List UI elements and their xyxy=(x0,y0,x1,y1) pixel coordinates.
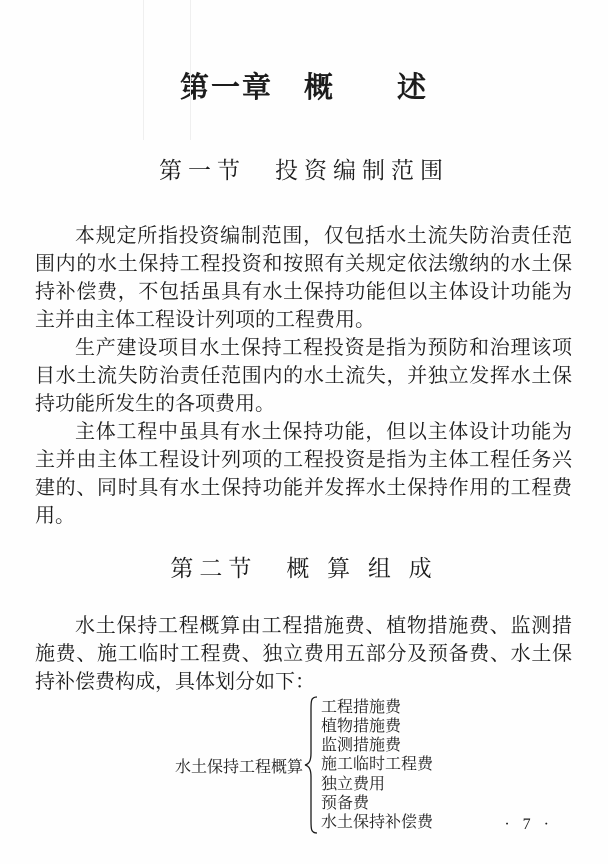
left-brace-icon xyxy=(304,695,318,835)
diagram-item: 预备费 xyxy=(321,794,433,813)
paragraph: 主体工程中虽具有水土保持功能，但以主体设计功能为主并由主体工程设计列项的工程投资… xyxy=(35,418,572,530)
section-2-body: 水土保持工程概算由工程措施费、植物措施费、监测措施费、施工临时工程费、独立费用五… xyxy=(0,612,608,696)
diagram-item: 水土保持补偿费 xyxy=(321,813,433,832)
paragraph: 水土保持工程概算由工程措施费、植物措施费、监测措施费、施工临时工程费、独立费用五… xyxy=(35,612,572,696)
diagram-item: 工程措施费 xyxy=(321,698,433,717)
chapter-title: 第一章 概 述 xyxy=(0,0,608,106)
diagram-item: 施工临时工程费 xyxy=(321,755,433,774)
diagram-item: 植物措施费 xyxy=(321,717,433,736)
diagram-label: 水土保持工程概算 xyxy=(175,754,303,777)
diagram-item-list: 工程措施费 植物措施费 监测措施费 施工临时工程费 独立费用 预备费 水土保持补… xyxy=(321,698,433,832)
scan-artifact-line xyxy=(143,0,144,140)
diagram-item: 独立费用 xyxy=(321,775,433,794)
paragraph: 生产建设项目水土保持工程投资是指为预防和治理该项目水土流失防治责任范围内的水土流… xyxy=(35,334,572,418)
page-number: · 7 · xyxy=(504,816,550,834)
cost-breakdown-diagram: 水土保持工程概算 工程措施费 植物措施费 监测措施费 施工临时工程费 独立费用 … xyxy=(175,698,608,832)
document-page: 第一章 概 述 第一节 投资编制范围 本规定所指投资编制范围，仅包括水土流失防治… xyxy=(0,0,608,864)
section-1-body: 本规定所指投资编制范围，仅包括水土流失防治责任范围内的水土保持工程投资和按照有关… xyxy=(0,222,608,530)
section-heading-1: 第一节 投资编制范围 xyxy=(0,156,608,186)
scan-artifact-line xyxy=(190,0,191,140)
paragraph: 本规定所指投资编制范围，仅包括水土流失防治责任范围内的水土保持工程投资和按照有关… xyxy=(35,222,572,334)
diagram-item: 监测措施费 xyxy=(321,736,433,755)
section-heading-2: 第二节 概 算 组 成 xyxy=(0,554,608,584)
